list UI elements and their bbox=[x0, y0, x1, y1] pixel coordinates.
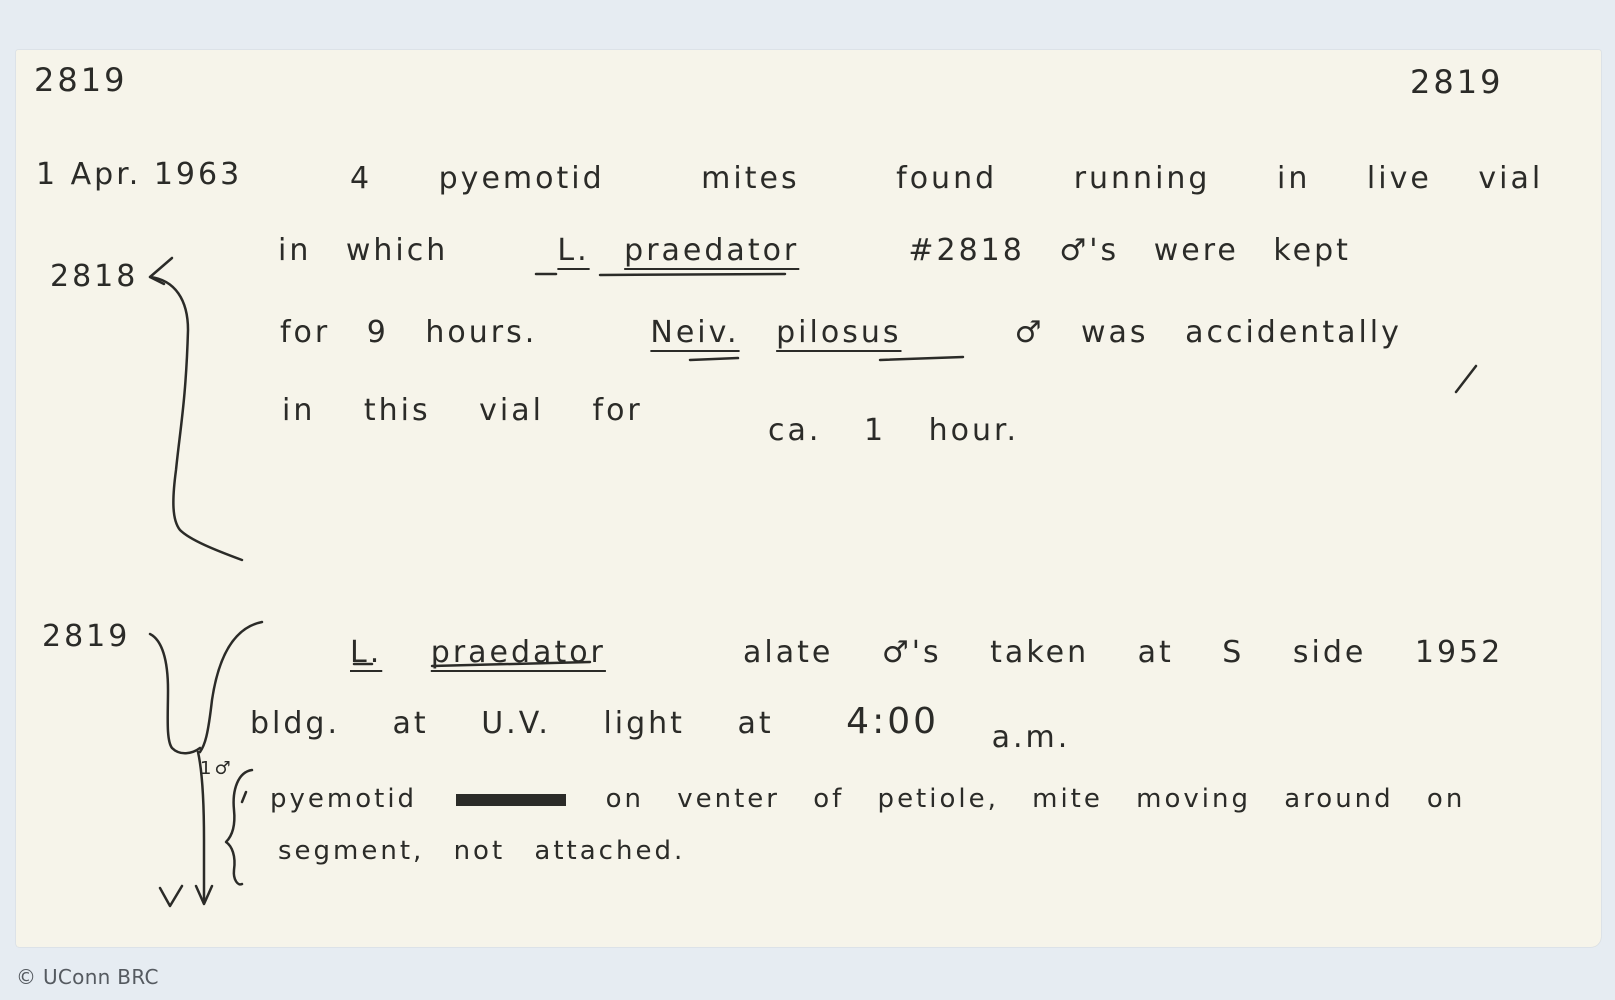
word: mites bbox=[701, 161, 799, 196]
card-number-top-right: 2819 bbox=[1410, 66, 1503, 98]
card-number-top-left: 2819 bbox=[34, 64, 127, 96]
entry-1-line-2: in which L. praedator #2818 ♂'s were kep… bbox=[278, 236, 1351, 266]
entry-2-line-2: bldg. at U.V. light at 4:00 a.m. bbox=[250, 704, 1070, 740]
line-text: ♂ was accidentally bbox=[1015, 315, 1402, 350]
line-text: for 9 hours. bbox=[280, 315, 537, 350]
species-name: praedator bbox=[624, 233, 799, 268]
count: 4 bbox=[350, 161, 372, 196]
species-genus: L. bbox=[557, 233, 589, 268]
struck-word bbox=[456, 794, 566, 806]
word: found bbox=[896, 161, 997, 196]
line-text: in this vial for bbox=[282, 393, 643, 428]
line-text: alate ♂'s taken at S side 1952 bbox=[743, 635, 1503, 670]
word: in bbox=[1277, 161, 1310, 196]
entry-1-ref-label: 2818 bbox=[50, 262, 138, 292]
entry-1-date: 1 Apr. 1963 bbox=[36, 160, 242, 190]
ampm: a.m. bbox=[992, 720, 1071, 755]
genus: Neiv. bbox=[650, 315, 739, 350]
sub-note-line-2: segment, not attached. bbox=[278, 838, 685, 864]
word: live bbox=[1367, 161, 1432, 196]
entry-2-ref-label: 2819 bbox=[42, 622, 130, 652]
line-text: #2818 ♂'s were kept bbox=[908, 233, 1351, 268]
entry-1-line-3: for 9 hours. Neiv. pilosus ♂ was acciden… bbox=[280, 318, 1402, 348]
word: vial bbox=[1478, 161, 1543, 196]
species-name: praedator bbox=[431, 635, 606, 670]
time: 4:00 bbox=[846, 701, 939, 742]
entry-1-line-1: 4 pyemotid mites found running in live v… bbox=[350, 164, 1543, 194]
species: pilosus bbox=[776, 315, 901, 350]
entry-1-line-4b: ca. 1 hour. bbox=[768, 416, 1019, 446]
line-text: on venter of petiole, mite moving around… bbox=[606, 784, 1466, 814]
entry-1-line-4: in this vial for bbox=[282, 396, 643, 426]
sub-note-marker: 1♂ bbox=[200, 760, 234, 778]
line-text: in which bbox=[278, 233, 448, 268]
copyright-notice: © UConn BRC bbox=[16, 965, 159, 989]
word: pyemotid bbox=[439, 161, 605, 196]
word: running bbox=[1074, 161, 1211, 196]
sub-note-line-1: pyemotid on venter of petiole, mite movi… bbox=[270, 786, 1465, 812]
line-text: bldg. at U.V. light at bbox=[250, 706, 774, 741]
entry-2-line-1: L. praedator alate ♂'s taken at S side 1… bbox=[350, 638, 1503, 668]
species-genus: L. bbox=[350, 635, 382, 670]
line-text: pyemotid bbox=[270, 784, 417, 814]
